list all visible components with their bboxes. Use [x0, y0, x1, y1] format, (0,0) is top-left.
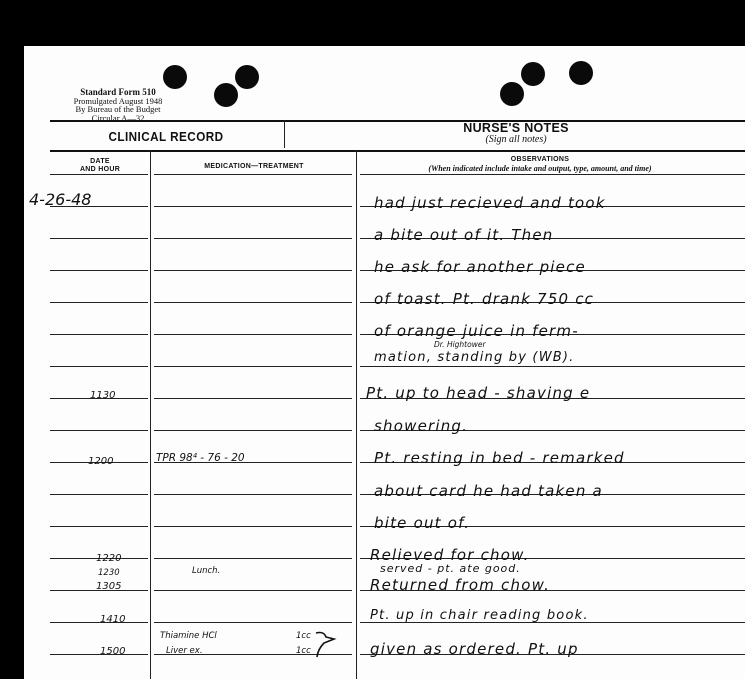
row-line: [154, 302, 352, 303]
row-line: [154, 238, 352, 239]
observation-line: given as ordered. Pt. up: [370, 640, 579, 658]
sign-notes-subtitle: (Sign all notes): [286, 134, 745, 145]
entry-time: 1305: [96, 581, 121, 592]
observations-hint: (When indicated include intake and outpu…: [360, 164, 720, 173]
observations-title: OBSERVATIONS: [360, 156, 720, 164]
medication-dose: 1cc: [296, 646, 311, 656]
entry-time: 1500: [100, 646, 125, 657]
entry-time: 1230: [98, 568, 120, 578]
row-line: [154, 270, 352, 271]
clinical-record-title: CLINICAL RECORD: [62, 129, 271, 144]
medication-header: MEDICATION—TREATMENT: [154, 163, 354, 171]
row-line: [50, 366, 148, 367]
row-line: [50, 622, 148, 623]
row-line: [50, 174, 148, 175]
divider: [50, 150, 745, 152]
punch-hole: [214, 83, 238, 107]
observation-line: about card he had taken a: [374, 482, 603, 500]
hour-header-line: AND HOUR: [50, 166, 150, 174]
observation-line: of orange juice in ferm-: [374, 322, 579, 340]
date-header-line: DATE: [50, 158, 150, 166]
row-line: [154, 334, 352, 335]
row-line: [360, 174, 745, 175]
medication-name: Thiamine HCl: [160, 631, 217, 641]
row-line: [154, 366, 352, 367]
punch-hole: [500, 82, 524, 106]
row-line: [154, 430, 352, 431]
medication-entry: Lunch.: [192, 566, 220, 576]
punch-hole: [235, 65, 259, 89]
row-line: [154, 494, 352, 495]
punch-hole: [569, 61, 593, 85]
divider: [284, 120, 285, 148]
row-line: [50, 494, 148, 495]
row-line: [154, 174, 352, 175]
observation-line: a bite out of it. Then: [374, 226, 553, 244]
entry-time: 1410: [100, 614, 125, 625]
observation-line: Pt. up in chair reading book.: [370, 608, 589, 623]
row-line: [50, 334, 148, 335]
observation-line: had just recieved and took: [374, 194, 606, 212]
row-line: [154, 398, 352, 399]
observation-line: showering.: [374, 417, 468, 435]
entry-date: 4-26-48: [29, 190, 91, 209]
row-line: [50, 302, 148, 303]
observation-line: Pt. resting in bed - remarked: [374, 449, 625, 467]
observation-annotation: Dr. Hightower: [434, 340, 486, 349]
row-line: [154, 590, 352, 591]
punch-hole: [521, 62, 545, 86]
row-line: [154, 622, 352, 623]
row-line: [50, 430, 148, 431]
brace-icon: [314, 629, 344, 659]
observation-line: served - pt. ate good.: [380, 562, 521, 575]
form-identifier: Standard Form 510 Promulgated August 194…: [54, 88, 182, 122]
row-line: [154, 206, 352, 207]
column-divider: [150, 150, 151, 679]
observation-line: of toast. Pt. drank 750 cc: [374, 290, 594, 308]
date-hour-header: DATE AND HOUR: [50, 158, 150, 174]
row-line: [50, 270, 148, 271]
nurses-notes-title: NURSE'S NOTES: [286, 121, 745, 135]
observations-header: OBSERVATIONS (When indicated include int…: [360, 156, 720, 173]
medication-name: Liver ex.: [166, 646, 203, 656]
medication-dose: 1cc: [296, 631, 311, 641]
nurses-notes-header: NURSE'S NOTES (Sign all notes): [286, 121, 745, 145]
medication-entry: TPR 98⁴ - 76 - 20: [156, 452, 245, 464]
row-line: [50, 526, 148, 527]
observation-line: bite out of.: [374, 514, 470, 532]
entry-time: 1200: [88, 456, 113, 467]
clinical-record-page: Standard Form 510 Promulgated August 194…: [24, 46, 745, 679]
entry-time: 1220: [96, 553, 121, 564]
observation-line: he ask for another piece: [374, 258, 586, 276]
row-line: [154, 526, 352, 527]
observation-line: Returned from chow.: [370, 576, 550, 594]
row-line: [360, 366, 745, 367]
row-line: [154, 558, 352, 559]
row-line: [50, 238, 148, 239]
entry-time: 1130: [90, 390, 115, 401]
observation-line: Pt. up to head - shaving e: [366, 384, 590, 402]
column-divider: [356, 150, 357, 679]
row-line: [50, 654, 148, 655]
observation-line: mation, standing by (WB).: [374, 350, 575, 365]
punch-hole: [163, 65, 187, 89]
